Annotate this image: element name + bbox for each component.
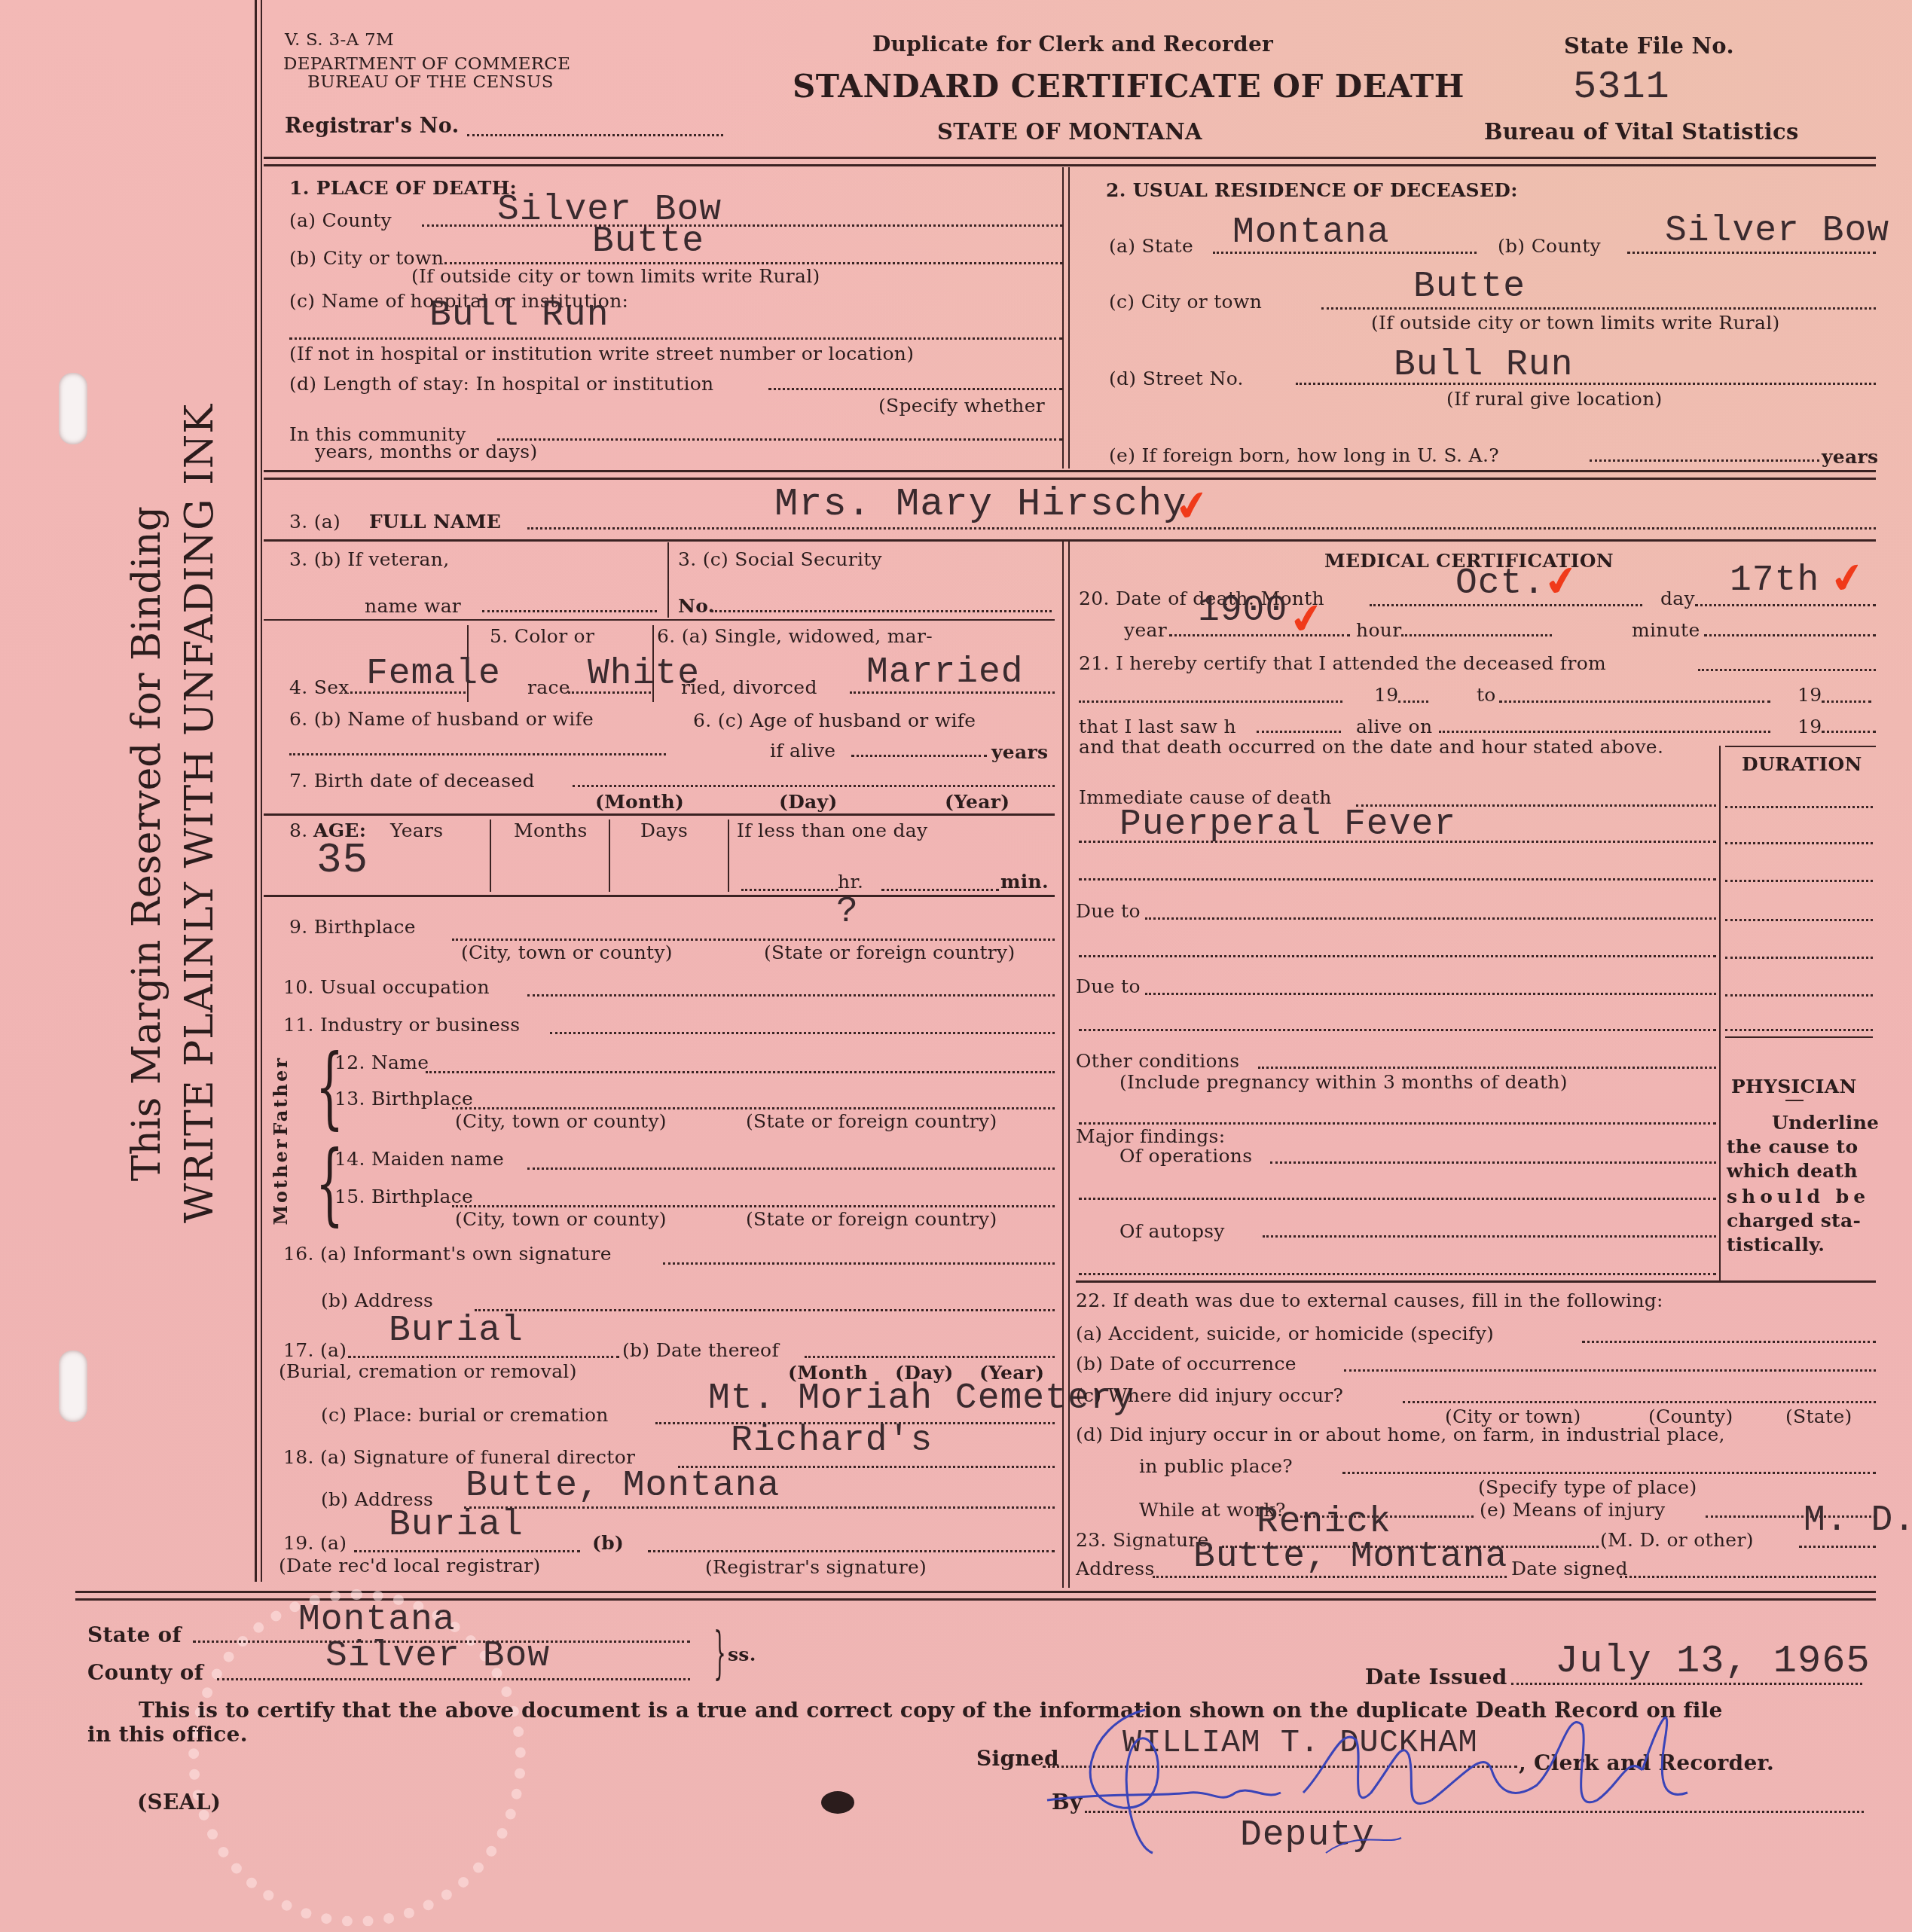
ssn-no-label: No. [678,595,715,617]
funeral-address-value: Butte, Montana [466,1466,780,1506]
ur-street-note: (If rural give location) [1446,388,1663,410]
bureau-name: Bureau of Vital Statistics [1484,119,1799,145]
medical-divider-2 [1068,541,1070,1588]
occurred-label: and that death occurred on the date and … [1079,738,1704,756]
operations-field-2[interactable] [1079,1198,1716,1200]
birthplace-field[interactable] [452,939,1055,941]
duration-field-1[interactable] [1725,806,1873,808]
external-d-label: (d) Did injury occur in or about home, o… [1076,1424,1725,1445]
informant-signature-label: 16. (a) Informant's own signature [283,1243,612,1265]
physician-note-2: the cause to [1727,1136,1858,1158]
ur-street-value: Bull Run [1394,345,1573,386]
death-day-label: day [1660,588,1695,609]
external-rule [1076,1280,1876,1283]
disposition-method-value: Burial [389,1311,524,1351]
spouse-age-alive: if alive [770,740,835,762]
immediate-cause-field-2[interactable] [1079,841,1716,843]
external-b-label: (b) Date of occurrence [1076,1353,1297,1375]
external-d-field[interactable] [1342,1472,1876,1474]
attended-to-field[interactable] [1499,700,1770,703]
pod-city-note: (If outside city or town limits write Ru… [411,265,820,287]
physician-note-4: should be [1727,1186,1870,1207]
header-rule-1 [264,157,1876,159]
mother-side-label: Mother [270,1137,292,1225]
state-line: STATE OF MONTANA [937,119,1202,145]
veteran-war-label: name war [365,595,461,617]
color-label: 5. Color or [490,625,594,647]
birth-date-field[interactable] [573,785,1055,787]
mother-maiden-label: 14. Maiden name [334,1148,504,1170]
physician-note-1: Underline [1772,1112,1879,1134]
due-to-field-1[interactable] [1145,917,1716,920]
veteran-ssn-divider [667,542,669,618]
occupation-field[interactable] [527,994,1055,997]
duration-field-6[interactable] [1725,994,1873,997]
ur-county-value: Silver Bow [1665,211,1889,252]
funeral-director-label: 18. (a) Signature of funeral director [283,1446,635,1468]
marital-label-2: ried, divorced [681,676,817,698]
due-to-field-2[interactable] [1145,993,1716,995]
punch-hole-top [59,373,87,444]
ur-county-field[interactable] [1627,252,1876,254]
other-conditions-field-2[interactable] [1079,1122,1716,1125]
duration-field-4[interactable] [1725,919,1873,921]
external-e-label: (e) Means of injury [1480,1499,1665,1521]
age-divider-3 [728,819,729,892]
external-a-label: (a) Accident, suicide, or homicide (spec… [1076,1323,1494,1344]
full-name-rule [264,539,1876,542]
father-birthplace-field[interactable] [452,1107,1055,1109]
pod-county-label: (a) County [289,209,392,231]
death-minute-label: minute [1632,619,1700,641]
physician-note-3: which death [1727,1160,1858,1182]
birth-month-note: (Month) [595,791,684,813]
age-hr-label: hr. [838,871,863,893]
registrar-a-field[interactable] [354,1550,580,1552]
informant-address-label: (b) Address [321,1290,433,1311]
external-c-state: (State) [1785,1406,1852,1427]
section-rule-3a [264,470,1876,472]
attended-label: 21. I hereby certify that I attended the… [1079,652,1606,674]
physician-address-value: Butte, Montana [1193,1537,1507,1577]
attended-to-year-field[interactable] [1822,700,1871,703]
attended-to-19: 19 [1797,684,1822,706]
father-city-note: (City, town or county) [455,1110,667,1132]
duration-field-7[interactable] [1725,1029,1873,1031]
attended-from-19: 19 [1374,684,1398,706]
death-day-value: 17th [1730,560,1819,601]
registrar-a-note: (Date rec'd local registrar) [279,1555,541,1576]
duration-field-5[interactable] [1725,957,1873,959]
ur-foreign-label: (e) If foreign born, how long in U. S. A… [1109,444,1499,466]
last-saw-field[interactable] [1257,731,1341,733]
ur-state-value: Montana [1232,212,1390,253]
state-file-number: 5311 [1573,65,1670,109]
pod-stay-note: (Specify whether [878,395,1045,417]
external-heading: 22. If death was due to external causes,… [1076,1290,1663,1311]
age-label-num: 8. [289,819,307,841]
physician-note-5: charged sta- [1727,1210,1861,1232]
due-to-field-1b[interactable] [1079,955,1716,957]
father-state-note: (State or foreign country) [746,1110,997,1132]
md-label: (M. D. or other) [1600,1529,1754,1551]
full-name-prefix: 3. (a) [289,511,341,533]
burial-place-label: (c) Place: burial or cremation [321,1404,609,1426]
father-name-label: 12. Name [334,1051,429,1073]
other-conditions-field[interactable] [1258,1067,1716,1069]
deputy-signature [1040,1680,1755,1860]
ssn-label: 3. (c) Social Security [678,548,882,570]
occupation-label: 10. Usual occupation [283,976,490,998]
seal-label: (SEAL) [137,1790,221,1814]
spouse-name-label: 6. (b) Name of husband or wife [289,708,594,730]
veteran-label: 3. (b) If veteran, [289,548,449,570]
disposition-date-label: (b) Date thereof [622,1339,779,1361]
due-to-label-2: Due to [1076,975,1141,997]
birthplace-value: ? [836,892,859,932]
duration-field-3[interactable] [1725,880,1873,882]
informant-address-field[interactable] [475,1309,1055,1311]
full-name-value: Mrs. Mary Hirschy [774,482,1187,526]
external-b-field[interactable] [1344,1369,1876,1372]
alive-on-field[interactable] [1439,731,1770,733]
marital-value: Married [866,652,1024,693]
marital-label-1: 6. (a) Single, widowed, mar- [657,625,933,647]
pod-hospital-field[interactable] [289,337,1062,340]
funeral-address-field[interactable] [464,1506,1055,1509]
attended-from-year-field[interactable] [1398,700,1428,703]
full-name-label: FULL NAME [369,511,501,533]
father-name-field[interactable] [426,1071,1055,1073]
ssn-field[interactable] [711,610,1052,612]
pod-stay-label: (d) Length of stay: In hospital or insti… [289,373,713,395]
death-month-value: Oct. [1455,563,1545,604]
informant-signature-field[interactable] [663,1262,1055,1265]
physician-heading: PHYSICIAN [1731,1076,1857,1097]
external-a-field[interactable] [1582,1341,1876,1343]
external-c-field[interactable] [1403,1401,1876,1403]
md-value: M. D. [1804,1500,1912,1541]
age-years-value: 35 [316,836,368,884]
mother-birthplace-field[interactable] [452,1205,1055,1207]
disposition-method-label: 17. (a) [283,1339,347,1361]
death-year-label: year [1124,619,1167,641]
duration-heading: DURATION [1742,753,1862,775]
ur-street-label: (d) Street No. [1109,368,1244,389]
birth-date-rule [264,813,1055,816]
left-border-outer [255,0,257,1582]
immediate-cause-field-3[interactable] [1079,878,1716,881]
age-rule [264,895,1055,897]
external-d-note: (Specify type of place) [1478,1476,1697,1498]
operations-label: Of operations [1119,1145,1252,1167]
pod-city-value: Butte [592,221,704,262]
dept-line-1: DEPARTMENT OF COMMERCE [283,54,570,74]
age-divider-1 [490,819,491,892]
age-divider-2 [609,819,610,892]
age-min-field[interactable] [881,889,999,891]
cert-brace: } [713,1625,725,1681]
race-label: race [527,676,570,698]
due-to-field-2b[interactable] [1079,1029,1716,1031]
alive-on-19: 19 [1797,716,1822,737]
ur-foreign-field[interactable] [1590,459,1819,462]
death-hour-label: hour [1356,619,1401,641]
registrar-b-note: (Registrar's signature) [705,1556,927,1578]
attended-from-date-field[interactable] [1079,700,1342,703]
father-birthplace-label: 13. Birthplace [334,1088,473,1109]
ur-county-label: (b) County [1498,235,1601,257]
cert-county-field[interactable] [217,1678,690,1680]
major-findings-label: Major findings: [1076,1125,1225,1147]
cert-statement-2: in this office. [87,1722,248,1747]
birthplace-city-note: (City, town or county) [461,942,673,963]
spouse-name-field[interactable] [289,753,666,755]
registrar-b-field[interactable] [648,1550,1055,1552]
immediate-cause-value: Puerperal Fever [1119,804,1456,845]
date-issued-value: July 13, 1965 [1555,1639,1871,1683]
cert-ss: ss. [728,1644,756,1665]
spouse-age-field[interactable] [851,755,987,757]
pod-stay-field[interactable] [768,388,1062,390]
ur-foreign-unit: years [1822,446,1878,468]
birthplace-state-note: (State or foreign country) [764,942,1016,963]
duration-field-2[interactable] [1725,842,1873,844]
registrar-a-label: 19. (a) [283,1532,347,1554]
pod-city-field[interactable] [444,262,1062,264]
external-d-label-2: in public place? [1139,1455,1293,1477]
form-code: V. S. 3-A 7M [285,30,394,50]
pod-community-field[interactable] [497,438,1062,441]
binding-margin-note: This Margin Reserved for Binding [124,506,170,1181]
left-border-inner [261,0,262,1582]
attended-to-label: to [1477,684,1496,706]
disposition-date-field[interactable] [805,1356,1055,1358]
spouse-age-label: 6. (c) Age of husband or wife [693,710,976,731]
cert-state-value: Montana [298,1600,456,1641]
sex-value: Female [366,654,501,694]
mother-city-note: (City, town or county) [455,1208,667,1230]
spouse-age-unit: years [991,741,1048,763]
punch-hole-bottom [59,1351,87,1422]
medical-divider-1 [1062,541,1064,1588]
disposition-method-note: (Burial, cremation or removal) [279,1360,577,1382]
ur-city-label: (c) City or town [1109,291,1262,313]
birthplace-label: 9. Birthplace [289,916,416,938]
last-saw-label: that I last saw h [1079,716,1236,737]
age-days-label: Days [640,819,688,841]
physician-address-label: Address [1076,1558,1155,1579]
ur-state-label: (a) State [1109,235,1193,257]
duration-bottom-rule [1725,1036,1873,1038]
funeral-director-value: Richard's [731,1421,933,1461]
section-divider-1 [1062,167,1064,469]
physician-note-6: tistically. [1727,1234,1825,1256]
ur-street-field[interactable] [1296,383,1876,385]
age-min-label: min. [1000,871,1049,893]
cert-county-label: County of [87,1660,203,1685]
operations-field[interactable] [1270,1161,1716,1164]
state-file-label: State File No. [1564,33,1734,59]
pod-community-note: years, months or days) [315,441,537,462]
birth-date-label: 7. Birth date of deceased [289,770,535,792]
date-signed-label: Date signed [1511,1558,1628,1579]
veteran-rule [264,619,1055,621]
section-rule-3b [264,478,1876,480]
age-years-label: Years [390,819,443,841]
death-hour-field[interactable] [1401,634,1552,636]
death-day-field[interactable] [1695,604,1876,606]
mother-birthplace-label: 15. Birthplace [334,1186,473,1207]
pod-hospital-value: Bull Run [429,295,609,336]
due-to-label-1: Due to [1076,900,1141,922]
father-side-label: Father [270,1056,292,1136]
dept-line-2: BUREAU OF THE CENSUS [307,72,554,92]
autopsy-label: Of autopsy [1119,1220,1225,1242]
other-conditions-note: (Include pregnancy within 3 months of de… [1119,1071,1568,1093]
usual-residence-heading: 2. USUAL RESIDENCE OF DECEASED: [1106,179,1518,201]
alive-on-year-field[interactable] [1822,731,1876,733]
death-month-field[interactable] [1370,604,1642,606]
place-of-death-heading: 1. PLACE OF DEATH: [289,177,517,199]
union-label-icon [821,1791,854,1814]
physician-signature-label: 23. Signature [1076,1529,1209,1551]
birth-day-note: (Day) [779,791,838,813]
age-months-label: Months [514,819,588,841]
ink-instruction: WRITE PLAINLY WITH UNFADING INK [177,404,222,1223]
date-signed-field[interactable] [1620,1576,1876,1578]
registrar-no-label: Registrar's No. [285,114,459,138]
burial-place-value: Mt. Moriah Cemetery [708,1378,1135,1419]
age-hr-field[interactable] [741,889,838,891]
header-rule-2 [264,164,1876,166]
registrar-b-label: (b) [592,1532,624,1554]
physician-dash [1785,1100,1804,1101]
disposition-method-field[interactable] [348,1356,619,1358]
certificate-title: STANDARD CERTIFICATE OF DEATH [793,68,1465,105]
cert-state-label: State of [87,1622,182,1647]
external-c-label: (c) Where did injury occur? [1076,1384,1343,1406]
registrar-no-field[interactable] [467,134,723,136]
industry-label: 11. Industry or business [283,1014,520,1036]
death-year-value: 1900 [1198,591,1287,631]
veteran-war-field[interactable] [482,610,657,612]
duration-divider [1719,746,1721,1280]
attended-from-field[interactable] [1698,669,1876,671]
industry-field[interactable] [550,1032,1055,1034]
mother-state-note: (State or foreign country) [746,1208,997,1230]
age-lessday-label: If less than one day [737,819,928,841]
mother-maiden-field[interactable] [527,1167,1055,1170]
ur-city-field[interactable] [1321,307,1876,310]
autopsy-field[interactable] [1263,1235,1716,1238]
other-conditions-label: Other conditions [1076,1050,1239,1072]
duplicate-line: Duplicate for Clerk and Recorder [872,32,1273,56]
birth-year-note: (Year) [945,791,1009,813]
sex-label: 4. Sex [289,676,350,698]
registrar-a-value: Burial [389,1505,524,1546]
ur-city-value: Butte [1413,267,1526,307]
death-minute-field[interactable] [1704,634,1876,636]
alive-on-label: alive on [1356,716,1432,737]
cert-county-value: Silver Bow [325,1636,550,1677]
autopsy-field-2[interactable] [1079,1273,1716,1275]
duration-top-rule [1725,746,1876,747]
pod-hospital-note: (If not in hospital or institution write… [289,343,914,365]
ur-city-note: (If outside city or town limits write Ru… [1371,312,1780,334]
md-field[interactable] [1799,1546,1876,1548]
section-divider-2 [1068,167,1070,469]
